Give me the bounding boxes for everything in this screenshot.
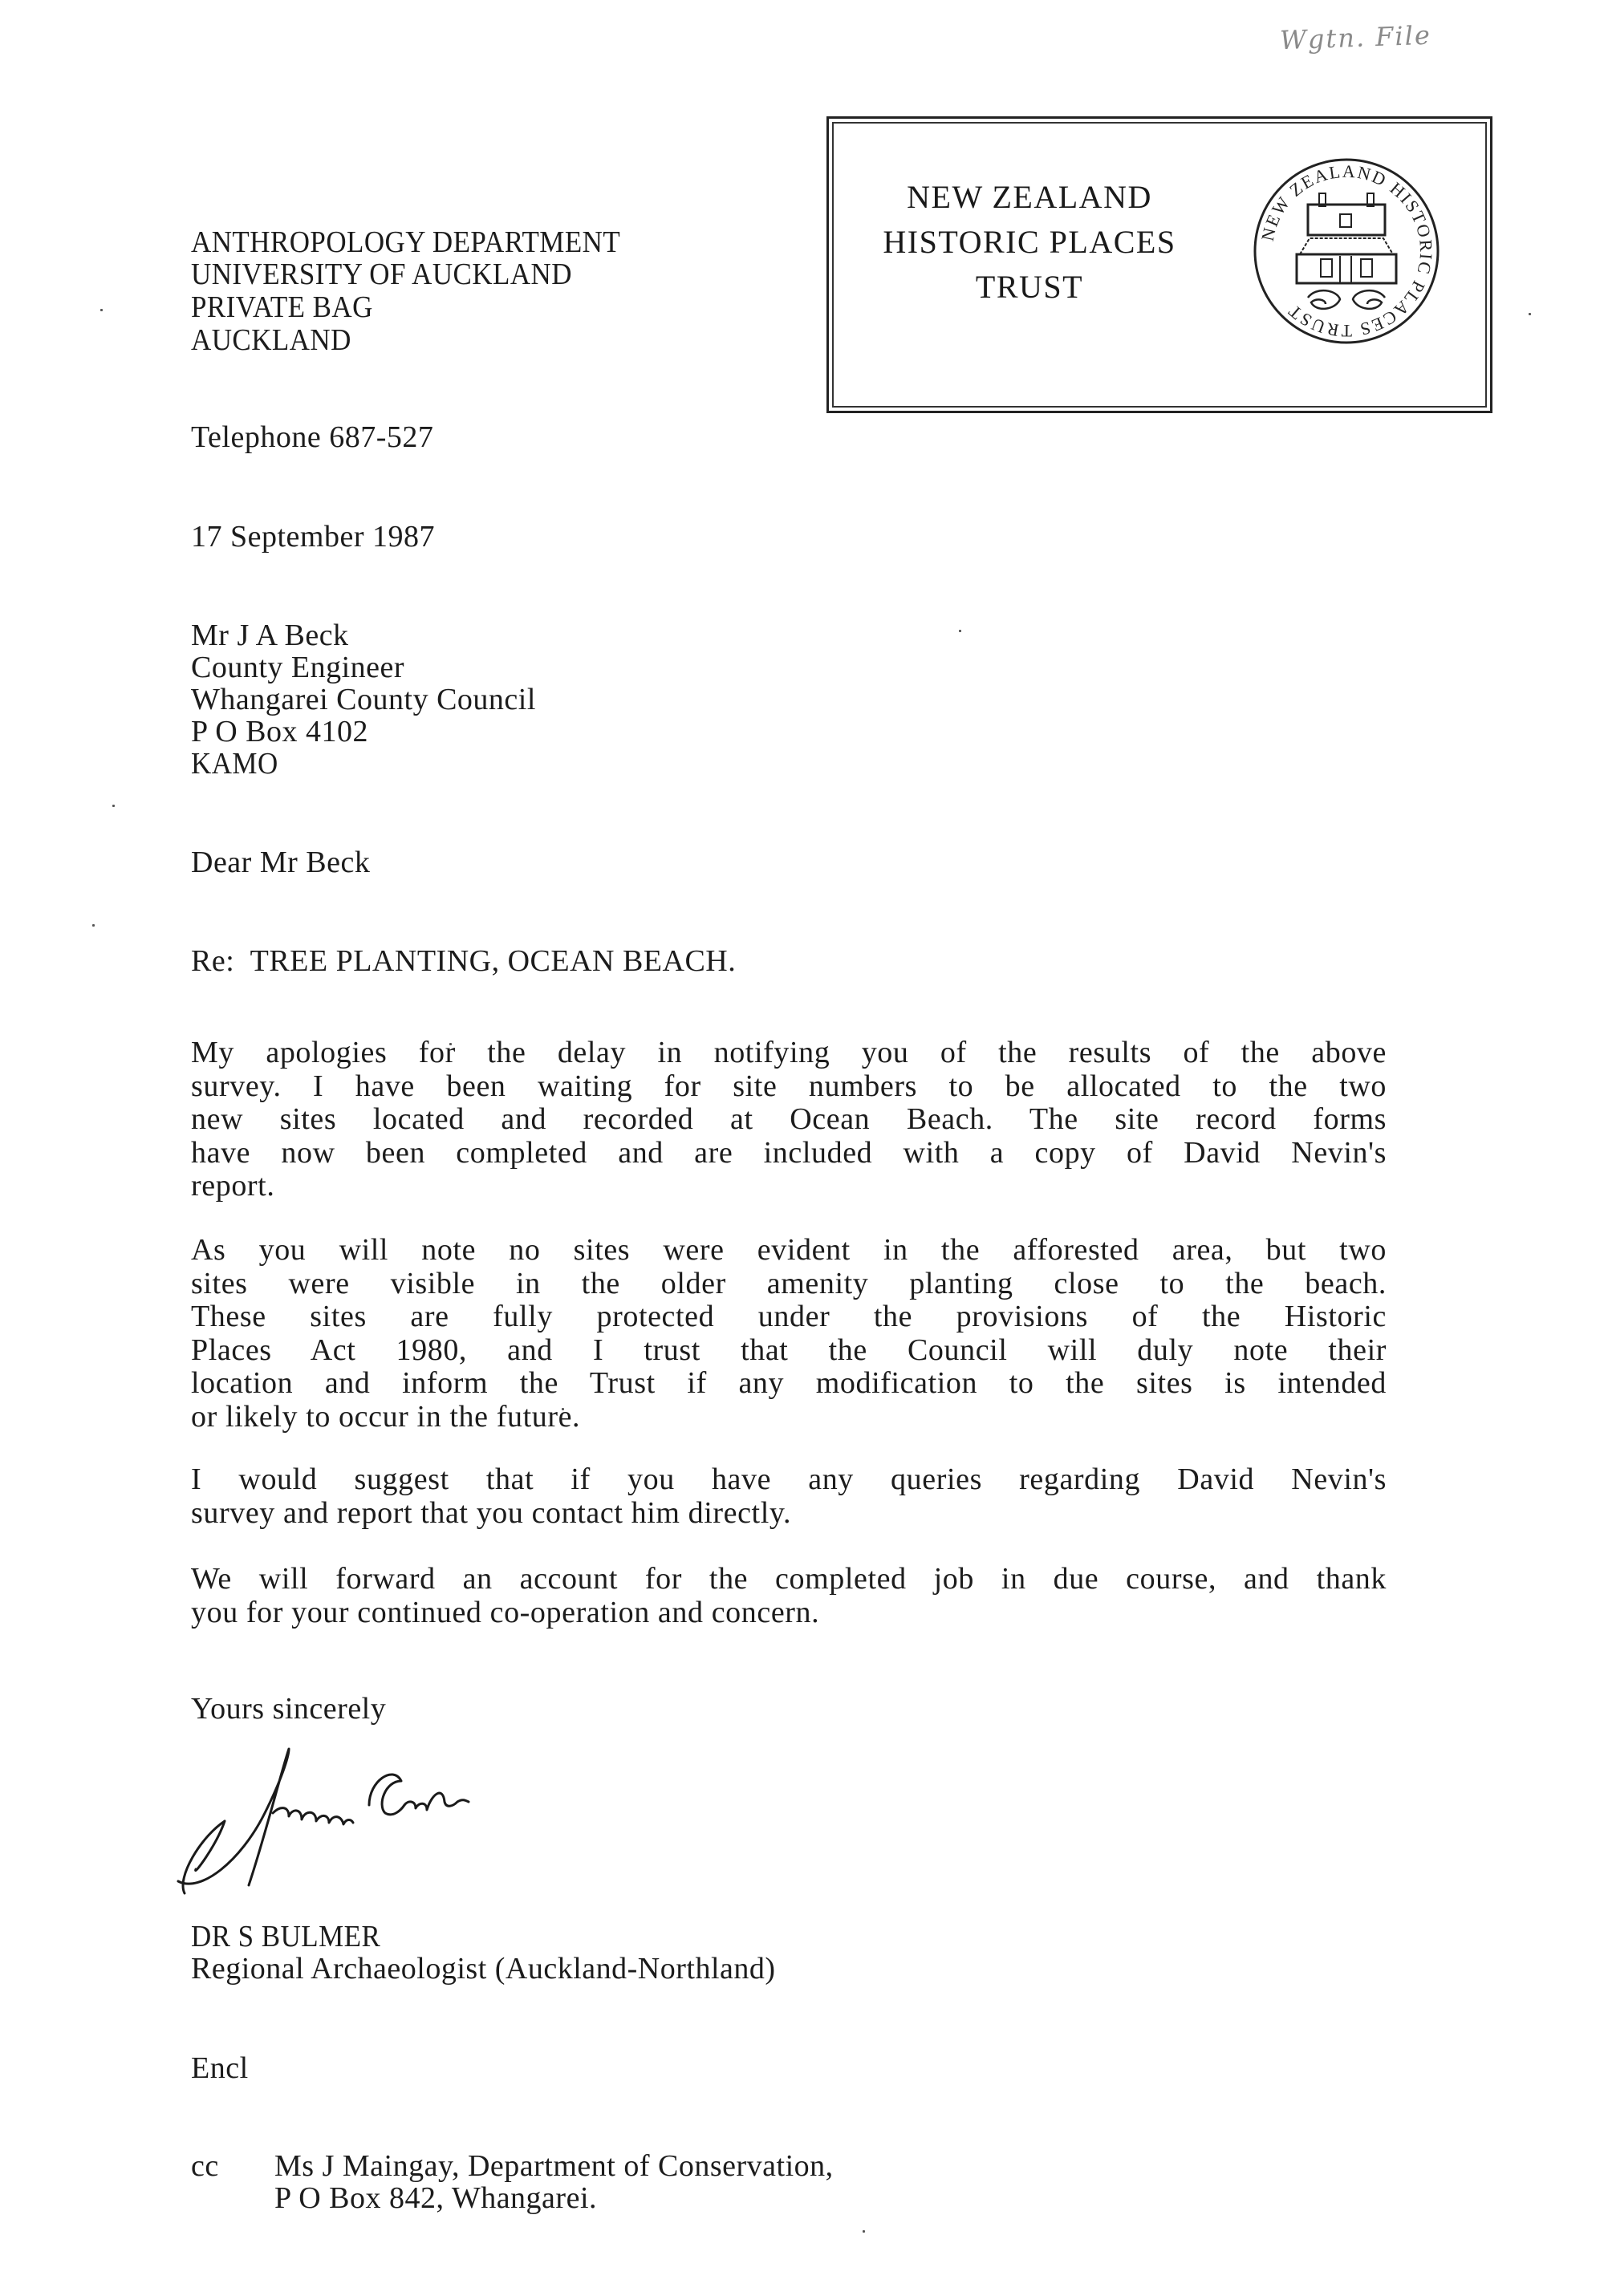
recipient-line: P O Box 4102 [191,716,368,748]
paragraph-line: Places Act 1980, and I trust that the Co… [191,1334,1387,1368]
recipient-line: Mr J A Beck [191,619,349,651]
scan-speck [1529,313,1531,315]
salutation: Dear Mr Beck [191,846,370,878]
letterhead-title: NEW ZEALAND HISTORIC PLACES TRUST [861,175,1198,310]
scan-speck [959,630,961,632]
letterhead-stamp: NEW ZEALAND HISTORIC PLACES TRUST NEW ZE… [826,116,1492,413]
historic-house-seal-icon: NEW ZEALAND HISTORIC PLACES TRUST [1250,155,1443,347]
paragraph-line: I would suggest that if you have any que… [191,1463,1387,1497]
recipient-line: County Engineer [191,651,404,684]
paragraph-line: new sites located and recorded at Ocean … [191,1103,1387,1137]
letterhead-line: NEW ZEALAND [861,175,1198,220]
paragraph-line: My apologies for the delay in notifying … [191,1036,1387,1070]
letterhead-line: TRUST [861,265,1198,310]
paragraph-line: location and inform the Trust if any mod… [191,1367,1387,1401]
paragraph-line: have now been completed and are included… [191,1137,1387,1170]
paragraph-line: report. [191,1170,1387,1203]
seal-ring-text: NEW ZEALAND HISTORIC PLACES TRUST [1257,161,1437,341]
cc-recipient-line: P O Box 842, Whangarei. [274,2182,597,2214]
paragraph-line: you for your continued co-operation and … [191,1596,1387,1630]
cc-label: cc [191,2150,219,2182]
sender-address-line: AUCKLAND [191,324,351,356]
recipient-line: Whangarei County Council [191,684,536,716]
enclosure-note: Encl [191,2052,249,2084]
scan-speck [449,1043,452,1045]
sender-address-line: PRIVATE BAG [191,291,373,323]
paragraph-line: As you will note no sites were evident i… [191,1234,1387,1268]
scan-speck [100,309,103,311]
letterhead-line: HISTORIC PLACES [861,220,1198,265]
scan-speck [92,924,95,927]
body-paragraph: I would suggest that if you have any que… [191,1463,1387,1530]
recipient-line: KAMO [191,748,278,780]
paragraph-line: sites were visible in the older amenity … [191,1268,1387,1301]
letter-page: Wgtn. File NEW ZEALAND HISTORIC PLACES T… [0,0,1604,2296]
subject-prefix: Re: [191,944,234,978]
handwritten-file-note: Wgtn. File [1279,20,1431,56]
letter-date: 17 September 1987 [191,521,435,553]
signatory-name: DR S BULMER [191,1921,380,1953]
paragraph-line: or likely to occur in the future. [191,1401,1387,1434]
paragraph-line: survey and report that you contact him d… [191,1497,1387,1531]
scan-speck [863,2230,865,2233]
cc-recipient-line: Ms J Maingay, Department of Conservation… [274,2150,834,2182]
signatory-title: Regional Archaeologist (Auckland-Northla… [191,1953,776,1985]
closing: Yours sincerely [191,1693,386,1725]
body-paragraph: We will forward an account for the compl… [191,1563,1387,1629]
scan-speck [562,1408,564,1410]
sender-address-line: UNIVERSITY OF AUCKLAND [191,258,572,290]
paragraph-line: survey. I have been waiting for site num… [191,1070,1387,1104]
subject-line: Re: TREE PLANTING, OCEAN BEACH. [191,945,736,977]
scan-speck [112,805,115,807]
paragraph-line: These sites are fully protected under th… [191,1300,1387,1334]
sender-telephone: Telephone 687-527 [191,421,433,453]
sender-address-line: ANTHROPOLOGY DEPARTMENT [191,226,620,258]
body-paragraph: My apologies for the delay in notifying … [191,1036,1387,1203]
body-paragraph: As you will note no sites were evident i… [191,1234,1387,1434]
paragraph-line: We will forward an account for the compl… [191,1563,1387,1596]
subject-text: TREE PLANTING, OCEAN BEACH. [250,944,737,978]
svg-text:NEW ZEALAND HISTORIC PLACES TR: NEW ZEALAND HISTORIC PLACES TRUST [1257,161,1437,341]
handwritten-signature [169,1741,586,1901]
